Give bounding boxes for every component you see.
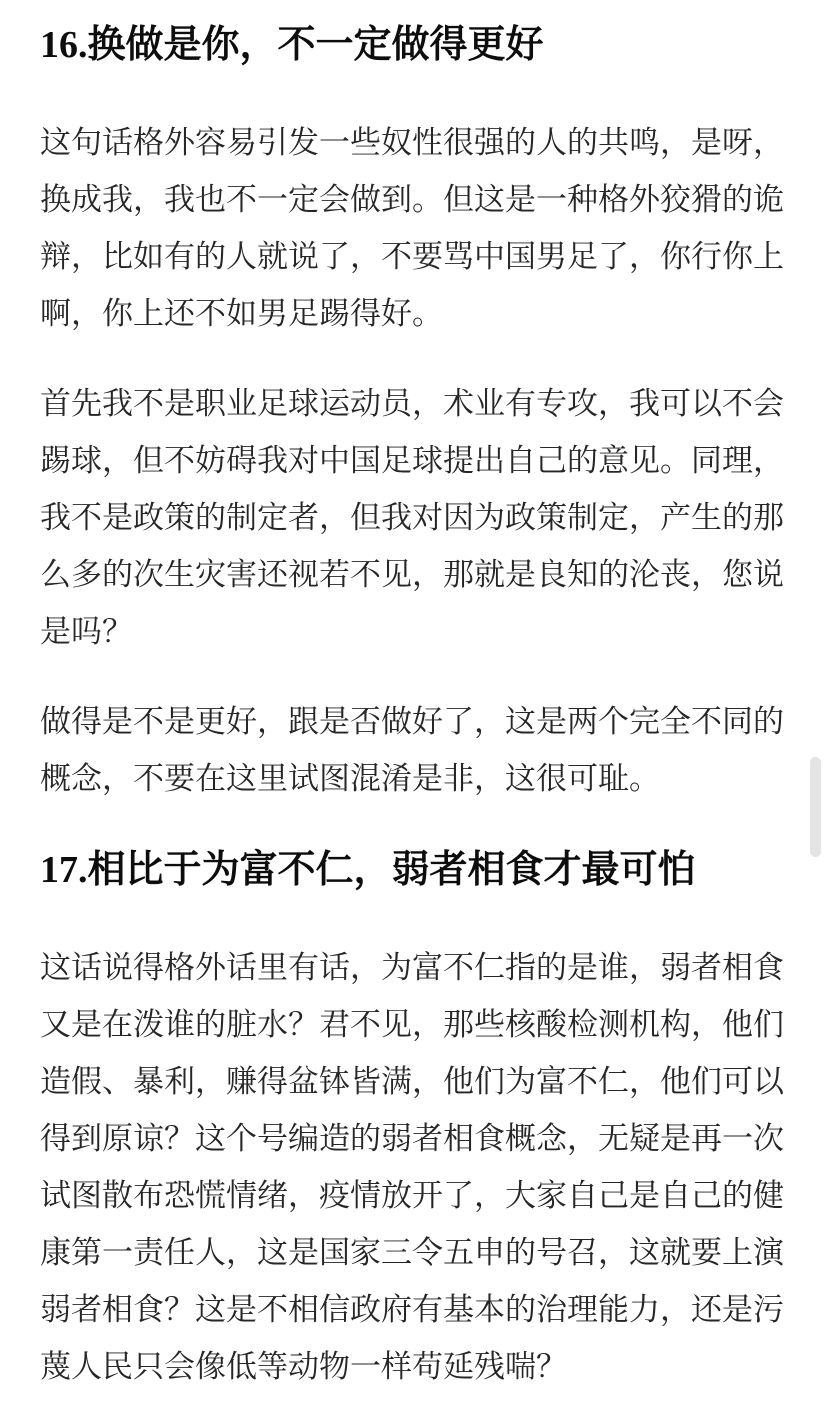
paragraph-16-2: 首先我不是职业足球运动员，术业有专攻，我可以不会 踢球，但不妨碍我对中国足球提出… — [40, 375, 788, 660]
paragraph-16-3: 做得是不是更好，跟是否做好了，这是两个完全不同的 概念，不要在这里试图混淆是非，… — [40, 693, 788, 807]
section-heading-16: 16.换做是你，不一定做得更好 — [40, 22, 788, 68]
heading-title-17: 相比于为富不仁，弱者相食才最可怕 — [88, 849, 696, 891]
scrollbar-thumb[interactable] — [810, 757, 821, 857]
heading-number-17: 17. — [40, 849, 88, 891]
heading-title-16: 换做是你，不一定做得更好 — [88, 24, 544, 66]
heading-number-16: 16. — [40, 24, 88, 66]
paragraph-16-1: 这句话格外容易引发一些奴性很强的人的共鸣，是呀， 换成我，我也不一定会做到。但这… — [40, 114, 788, 342]
section-heading-17: 17.相比于为富不仁，弱者相食才最可怕 — [40, 847, 788, 893]
article-body: 16.换做是你，不一定做得更好 这句话格外容易引发一些奴性很强的人的共鸣，是呀，… — [0, 0, 828, 1395]
paragraph-17-1: 这话说得格外话里有话，为富不仁指的是谁，弱者相食 又是在泼谁的脏水？君不见，那些… — [40, 939, 788, 1395]
